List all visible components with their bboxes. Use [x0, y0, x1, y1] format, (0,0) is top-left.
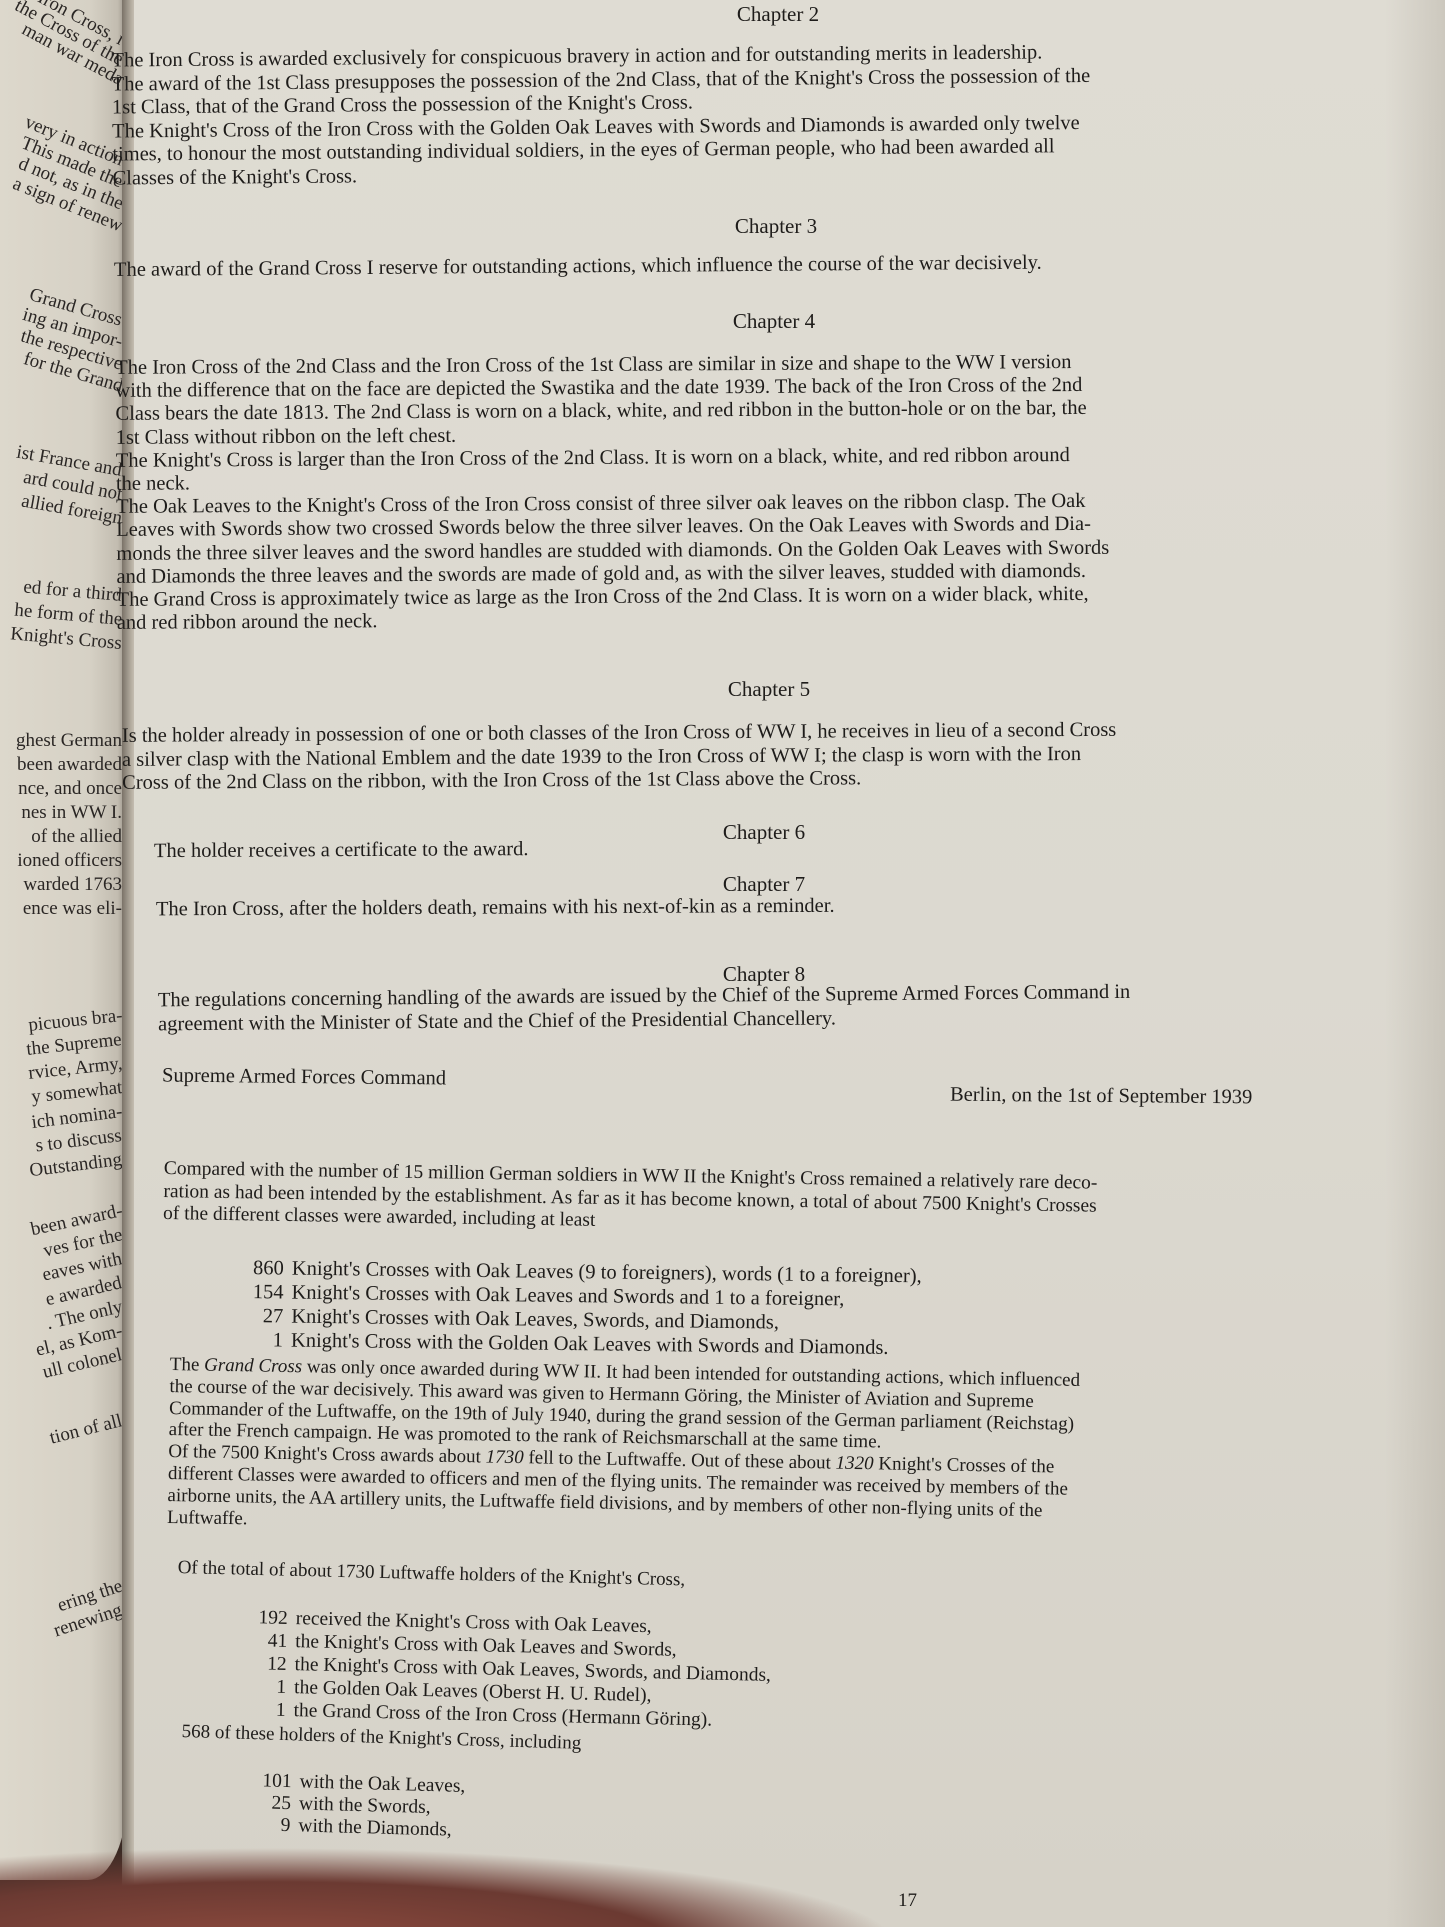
chapter-3-text: The award of the Grand Cross I reserve f… — [114, 249, 1379, 282]
luftwaffe-list: 192received the Knight's Cross with Oak … — [243, 1606, 772, 1733]
left-page-text-fragment: ghest German — [16, 730, 122, 752]
chapter-7-heading: Chapter 7 — [664, 872, 864, 897]
book-page: Chapter 2 The Iron Cross is awarded excl… — [134, 0, 1445, 1927]
hand-holding-book — [0, 1847, 900, 1927]
awards-list: 860Knight's Crosses with Oak Leaves (9 t… — [241, 1256, 922, 1360]
text-line: The award of the Grand Cross I reserve f… — [114, 249, 1379, 282]
chapter-7-text: The Iron Cross, after the holders death,… — [156, 894, 1056, 922]
left-page-text-fragment: ence was eli- — [23, 898, 122, 920]
chapter-5-heading: Chapter 5 — [669, 677, 869, 702]
chapter-5-text: Is the holder already in possession of o… — [122, 717, 1387, 795]
chapter-4-heading: Chapter 4 — [674, 309, 874, 334]
chapter-2-heading: Chapter 2 — [678, 2, 878, 27]
page-number: 17 — [898, 1890, 917, 1912]
chapter-8-text: The regulations concerning handling of t… — [158, 979, 1388, 1037]
left-facing-page: Iron Cross, ithe Cross of theman war med… — [0, 0, 128, 1880]
left-page-text-fragment: nce, and once — [18, 778, 122, 800]
signature-place-date: Berlin, on the 1st of September 1939 — [950, 1084, 1253, 1110]
text-line: The Iron Cross, after the holders death,… — [156, 894, 1056, 922]
luftwaffe-intro: Of the total of about 1730 Luftwaffe hol… — [177, 1556, 685, 1592]
grand-cross-paragraph: The Grand Cross was only once awarded du… — [167, 1354, 1410, 1550]
left-page-text-fragment: of the allied — [31, 826, 122, 848]
commentary-intro: Compared with the number of 15 million G… — [163, 1158, 1404, 1245]
left-page-text-fragment: tion of all — [48, 1410, 125, 1449]
chapter-6-text: The holder receives a certificate to the… — [154, 836, 954, 864]
left-page-text-fragment: warded 1763 — [23, 874, 122, 896]
text-line: The holder receives a certificate to the… — [154, 836, 954, 864]
signature-authority: Supreme Armed Forces Command — [162, 1065, 446, 1091]
chapter-2-text: The Iron Cross is awarded exclusively fo… — [111, 38, 1377, 190]
left-page-text-fragment: ioned officers — [17, 850, 122, 872]
chapter-3-heading: Chapter 3 — [676, 214, 876, 239]
left-page-text-fragment: nes in WW I. — [21, 802, 122, 824]
chapter-4-text: The Iron Cross of the 2nd Class and the … — [115, 349, 1382, 635]
holders-list: 101with the Oak Leaves, 25with the Sword… — [248, 1770, 465, 1842]
left-page-text-fragment: been awarded — [17, 754, 122, 776]
list-item: 9with the Diamonds, — [248, 1814, 464, 1842]
